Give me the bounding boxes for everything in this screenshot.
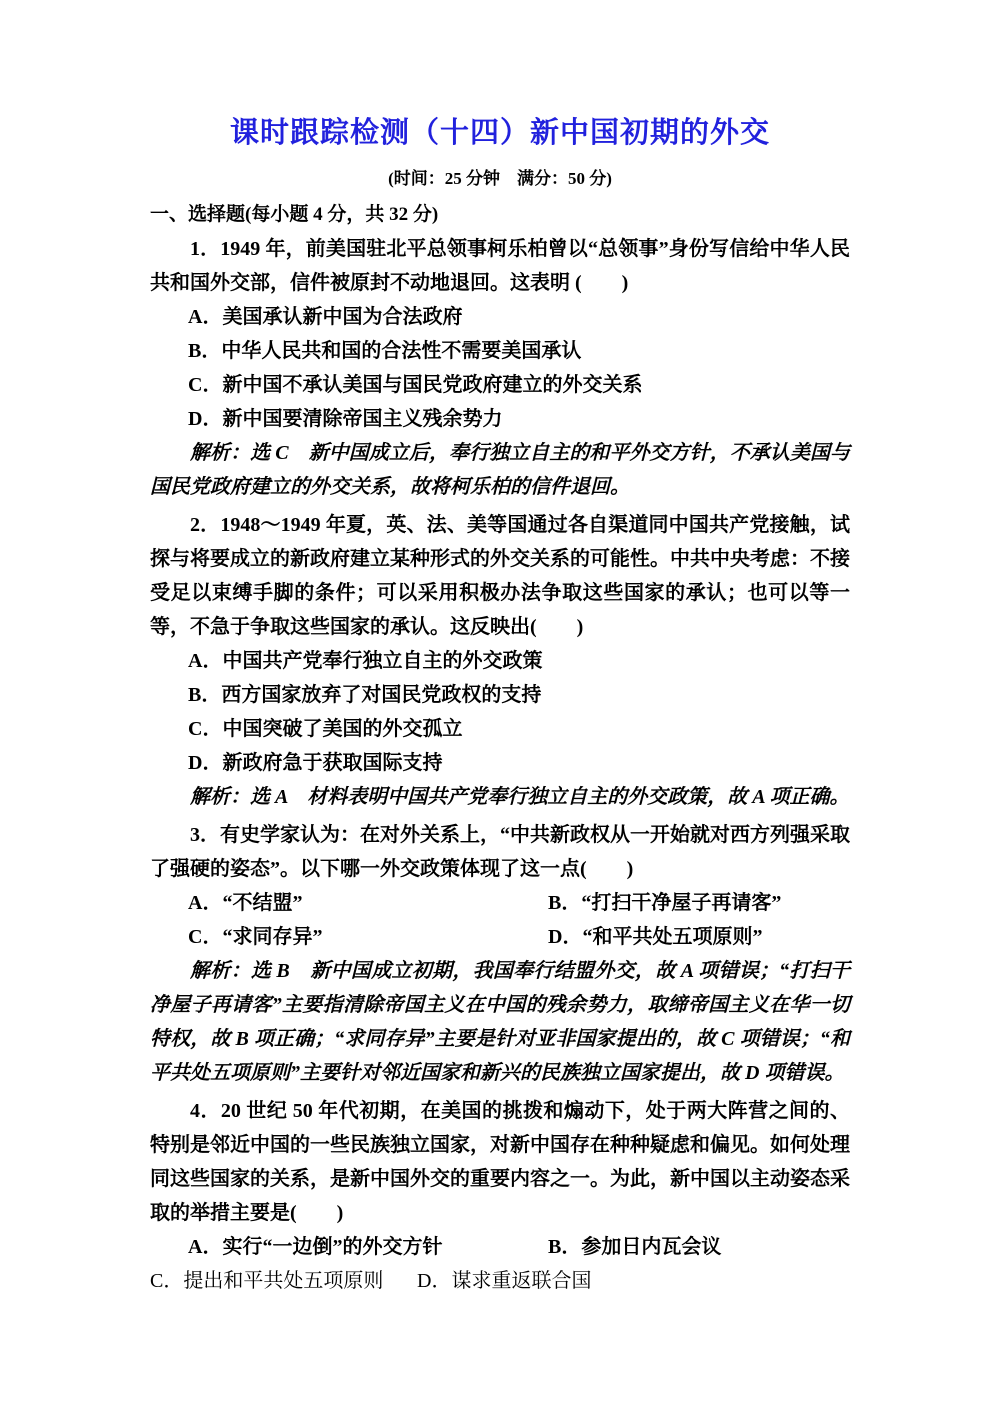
option-item: B．西方国家放弃了对国民党政权的支持 — [150, 678, 850, 712]
exam-meta: (时间：25 分钟 满分：50 分) — [150, 164, 850, 194]
option-item: D．谋求重返联合国 — [417, 1270, 591, 1292]
option-item: A．实行“一边倒”的外交方针 — [188, 1230, 548, 1264]
question-2: 2．1948～1949 年夏，英、法、美等国通过各自渠道同中国共产党接触，试探与… — [150, 508, 850, 814]
analysis-text: 选 C 新中国成立后，奉行独立自主的和平外交方针，不承认美国与国民党政府建立的外… — [150, 442, 850, 498]
option-item: A．美国承认新中国为合法政府 — [150, 300, 850, 334]
option-row: C．“求同存异”D．“和平共处五项原则” — [150, 920, 850, 954]
option-item: C．提出和平共处五项原则 — [150, 1264, 417, 1298]
question-stem: 2．1948～1949 年夏，英、法、美等国通过各自渠道同中国共产党接触，试探与… — [150, 508, 850, 644]
question-1: 1．1949 年，前美国驻北平总领事柯乐柏曾以“总领事”身份写信给中华人民共和国… — [150, 232, 850, 504]
option-item: B．中华人民共和国的合法性不需要美国承认 — [150, 334, 850, 368]
option-item: A．中国共产党奉行独立自主的外交政策 — [150, 644, 850, 678]
option-item: D．新中国要清除帝国主义残余势力 — [150, 402, 850, 436]
option-item: B．“打扫干净屋子再请客” — [548, 892, 781, 914]
analysis: 解析：选 C 新中国成立后，奉行独立自主的和平外交方针，不承认美国与国民党政府建… — [150, 436, 850, 504]
page-title: 课时跟踪检测（十四）新中国初期的外交 — [150, 112, 850, 154]
analysis-text: 选 B 新中国成立初期，我国奉行结盟外交，故 A 项错误；“打扫干净屋子再请客”… — [150, 960, 850, 1084]
option-item: C．“求同存异” — [188, 920, 548, 954]
question-stem: 1．1949 年，前美国驻北平总领事柯乐柏曾以“总领事”身份写信给中华人民共和国… — [150, 232, 850, 300]
analysis-text: 选 A 材料表明中国共产党奉行独立自主的外交政策，故 A 项正确。 — [250, 786, 849, 808]
option-item: C．新中国不承认美国与国民党政府建立的外交关系 — [150, 368, 850, 402]
analysis-label: 解析： — [190, 960, 251, 982]
question-stem: 3．有史学家认为：在对外关系上，“中共新政权从一开始就对西方列强采取了强硬的姿态… — [150, 818, 850, 886]
analysis: 解析：选 B 新中国成立初期，我国奉行结盟外交，故 A 项错误；“打扫干净屋子再… — [150, 954, 850, 1090]
option-item: D．“和平共处五项原则” — [548, 926, 762, 948]
analysis: 解析：选 A 材料表明中国共产党奉行独立自主的外交政策，故 A 项正确。 — [150, 780, 850, 814]
question-4: 4．20 世纪 50 年代初期，在美国的挑拨和煽动下，处于两大阵营之间的、特别是… — [150, 1094, 850, 1298]
option-row: C．提出和平共处五项原则D．谋求重返联合国 — [150, 1264, 850, 1298]
option-row: A．“不结盟”B．“打扫干净屋子再请客” — [150, 886, 850, 920]
option-item: B．参加日内瓦会议 — [548, 1236, 721, 1258]
question-3: 3．有史学家认为：在对外关系上，“中共新政权从一开始就对西方列强采取了强硬的姿态… — [150, 818, 850, 1090]
option-item: A．“不结盟” — [188, 886, 548, 920]
question-stem: 4．20 世纪 50 年代初期，在美国的挑拨和煽动下，处于两大阵营之间的、特别是… — [150, 1094, 850, 1230]
option-row: A．实行“一边倒”的外交方针B．参加日内瓦会议 — [150, 1230, 850, 1264]
section-heading: 一、选择题(每小题 4 分，共 32 分) — [150, 200, 850, 230]
option-item: C．中国突破了美国的外交孤立 — [150, 712, 850, 746]
analysis-label: 解析： — [190, 786, 250, 808]
analysis-label: 解析： — [190, 442, 250, 464]
worksheet-page: 课时跟踪检测（十四）新中国初期的外交 (时间：25 分钟 满分：50 分) 一、… — [0, 0, 1000, 1414]
option-item: D．新政府急于获取国际支持 — [150, 746, 850, 780]
